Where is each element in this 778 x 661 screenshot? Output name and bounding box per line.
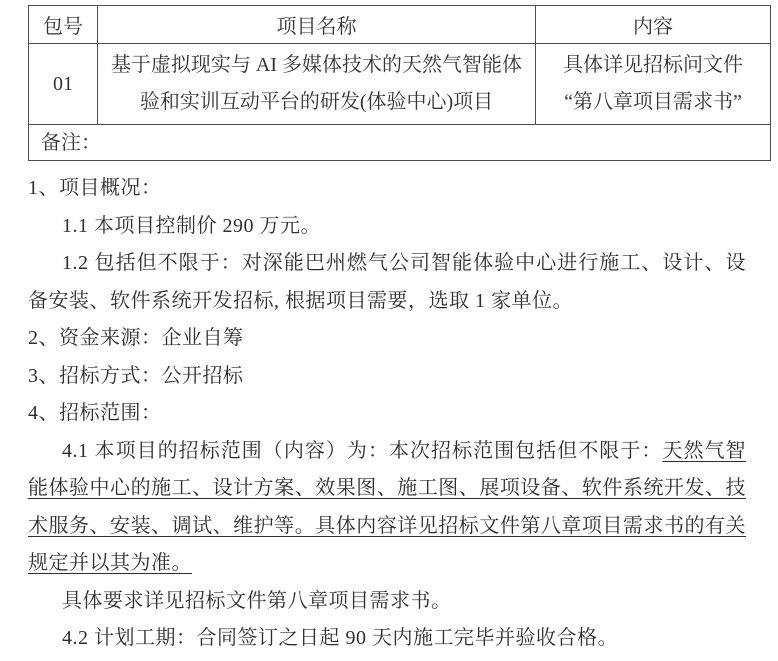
paragraph-4-bidding-scope-heading: 4、招标范围： — [28, 395, 746, 433]
col-header-project-name: 项目名称 — [98, 6, 536, 44]
package-no-cell: 01 — [29, 44, 98, 125]
package-info-table: 包号 项目名称 内容 01 基于虚拟现实与 AI 多媒体技术的天然气智能体 验和… — [28, 5, 771, 161]
col-header-content: 内容 — [536, 6, 771, 44]
content-cell: 具体详见招标问文件 “第八章项目需求书” — [536, 44, 771, 125]
paragraph-2-funding-source: 2、资金来源：企业自筹 — [28, 320, 746, 358]
remark-row: 备注： — [29, 125, 771, 161]
remark-cell: 备注： — [29, 125, 771, 161]
bidding-scope-prefix: 4.1 本项目的招标范围（内容）为：本次招标范围包括但不限于： — [62, 440, 662, 462]
paragraph-project-overview-heading: 1、项目概况： — [28, 170, 746, 208]
table-header-row: 包号 项目名称 内容 — [29, 6, 771, 44]
paragraph-4-1-bidding-scope: 4.1 本项目的招标范围（内容）为：本次招标范围包括但不限于：天然气智能体验中心… — [28, 433, 746, 583]
document-page: 包号 项目名称 内容 01 基于虚拟现实与 AI 多媒体技术的天然气智能体 验和… — [0, 0, 778, 658]
paragraph-3-bidding-method: 3、招标方式：公开招标 — [28, 358, 746, 396]
paragraph-4-2-planned-duration: 4.2 计划工期：合同签订之日起 90 天内施工完毕并验收合格。 — [28, 620, 746, 658]
paragraph-1-2-scope-summary: 1.2 包括但不限于：对深能巴州燃气公司智能体验中心进行施工、设计、设备安装、软… — [28, 245, 746, 320]
paragraph-4-requirements-note: 具体要求详见招标文件第八章项目需求书。 — [28, 583, 746, 621]
package-row: 01 基于虚拟现实与 AI 多媒体技术的天然气智能体 验和实训互动平台的研发(体… — [29, 44, 771, 125]
content-line-1: 具体详见招标问文件 — [542, 47, 764, 84]
document-body: 1、项目概况： 1.1 本项目控制价 290 万元。 1.2 包括但不限于：对深… — [28, 170, 746, 658]
col-header-package-no: 包号 — [29, 6, 98, 44]
project-name-cell: 基于虚拟现实与 AI 多媒体技术的天然气智能体 验和实训互动平台的研发(体验中心… — [98, 44, 536, 125]
paragraph-1-1-control-price: 1.1 本项目控制价 290 万元。 — [28, 208, 746, 246]
project-name-line-2: 验和实训互动平台的研发(体验中心)项目 — [104, 84, 529, 121]
project-name-line-1: 基于虚拟现实与 AI 多媒体技术的天然气智能体 — [104, 47, 529, 84]
content-line-2: “第八章项目需求书” — [542, 84, 764, 121]
